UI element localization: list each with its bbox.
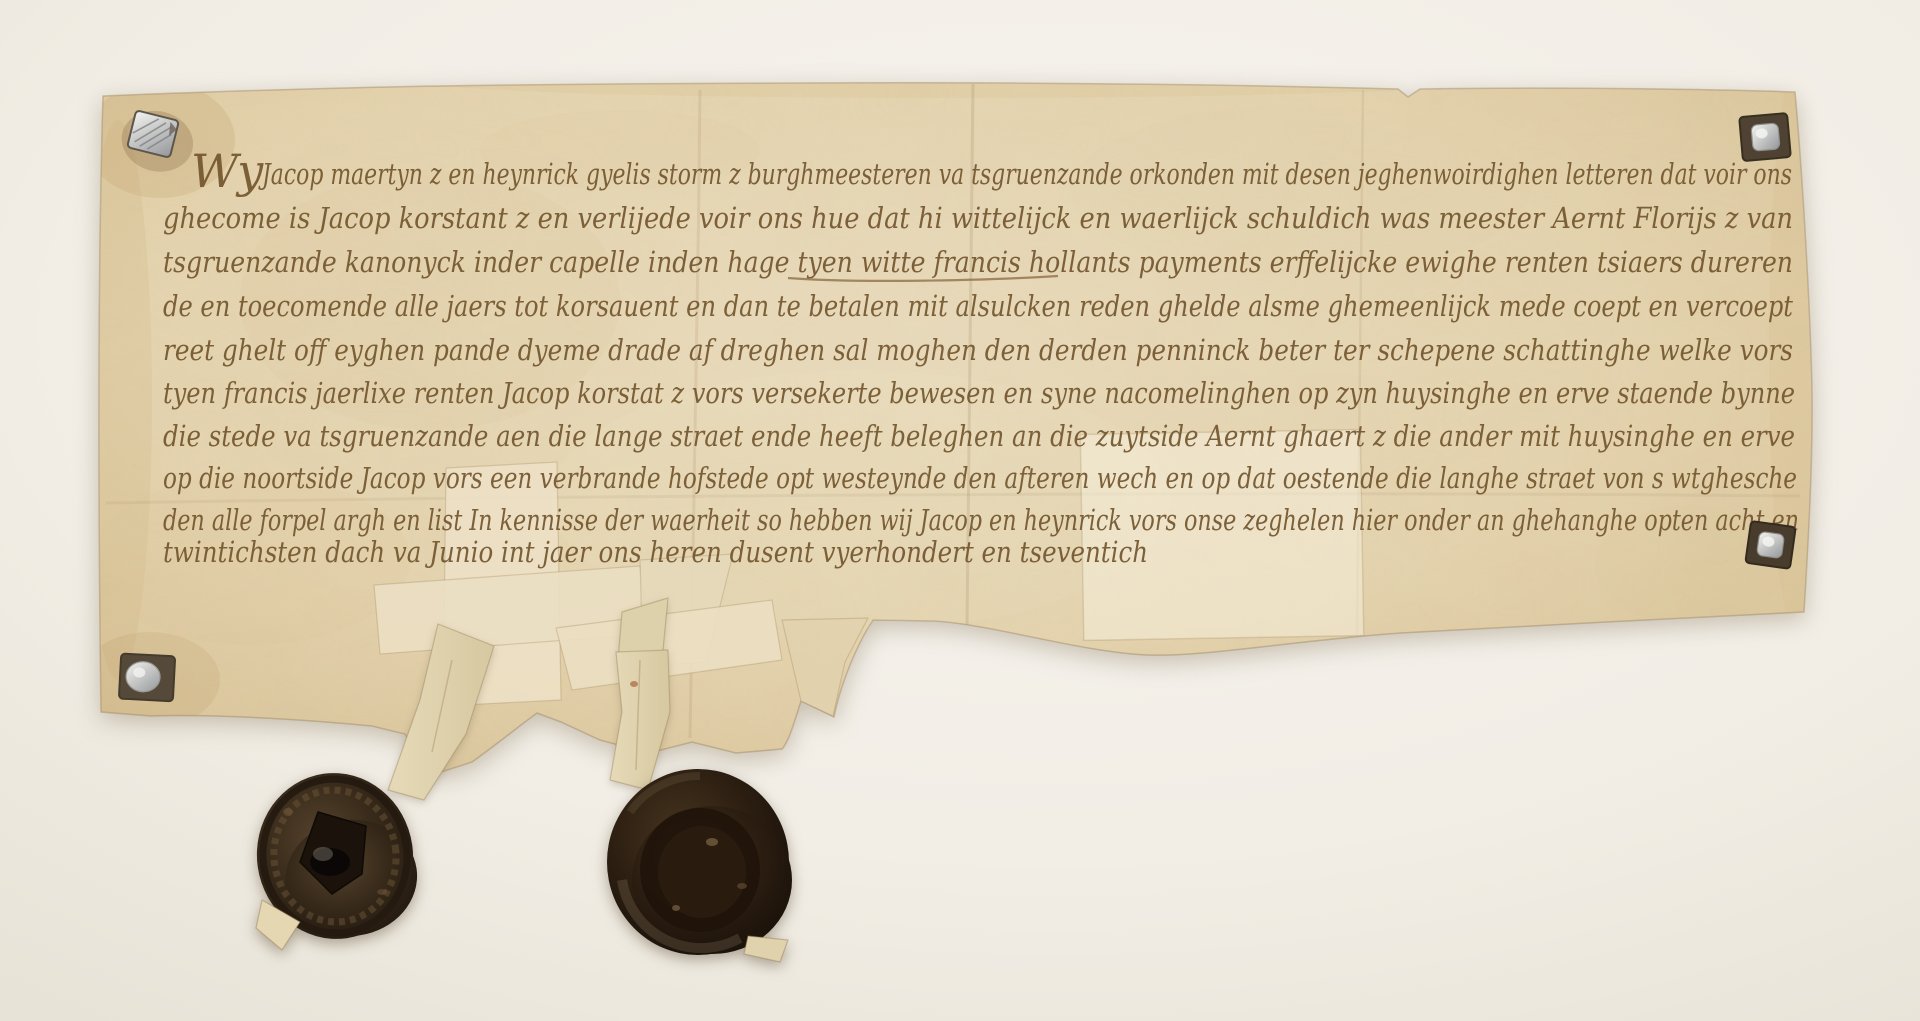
text-line-3: tsgruenzande kanonyck inder capelle inde… — [163, 245, 1793, 279]
text-line-2: ghecome is Jacop korstant z en verlijede… — [163, 201, 1793, 235]
manuscript-text: Wy Jacop maertyn z en heynrick gyelis st… — [163, 144, 1799, 569]
text-line-8: op die noortside Jacop vors een verbrand… — [163, 461, 1797, 495]
text-line-6: tyen francis jaerlixe renten Jacop korst… — [163, 376, 1795, 410]
text-line-7: die stede va tsgruenzande aen die lange … — [163, 419, 1795, 453]
mounting-pin-bottom-right — [1745, 521, 1795, 569]
text-line-1: Jacop maertyn z en heynrick gyelis storm… — [258, 157, 1792, 191]
text-line-5: reet ghelt off eyghen pande dyeme drade … — [163, 333, 1793, 367]
mounting-pin-top-right — [1739, 113, 1791, 161]
photo-of-charter: Wy Jacop maertyn z en heynrick gyelis st… — [0, 0, 1920, 1021]
text-line-10: twintichsten dach va Junio int jaer ons … — [163, 535, 1148, 569]
text-line-4: de en toecomende alle jaers tot korsauen… — [163, 289, 1793, 323]
mounting-pin-bottom-left — [119, 654, 175, 702]
text-line-9: den alle forpel argh en list In kennisse… — [163, 503, 1799, 537]
text-line-1-initial: Wy — [191, 144, 264, 198]
